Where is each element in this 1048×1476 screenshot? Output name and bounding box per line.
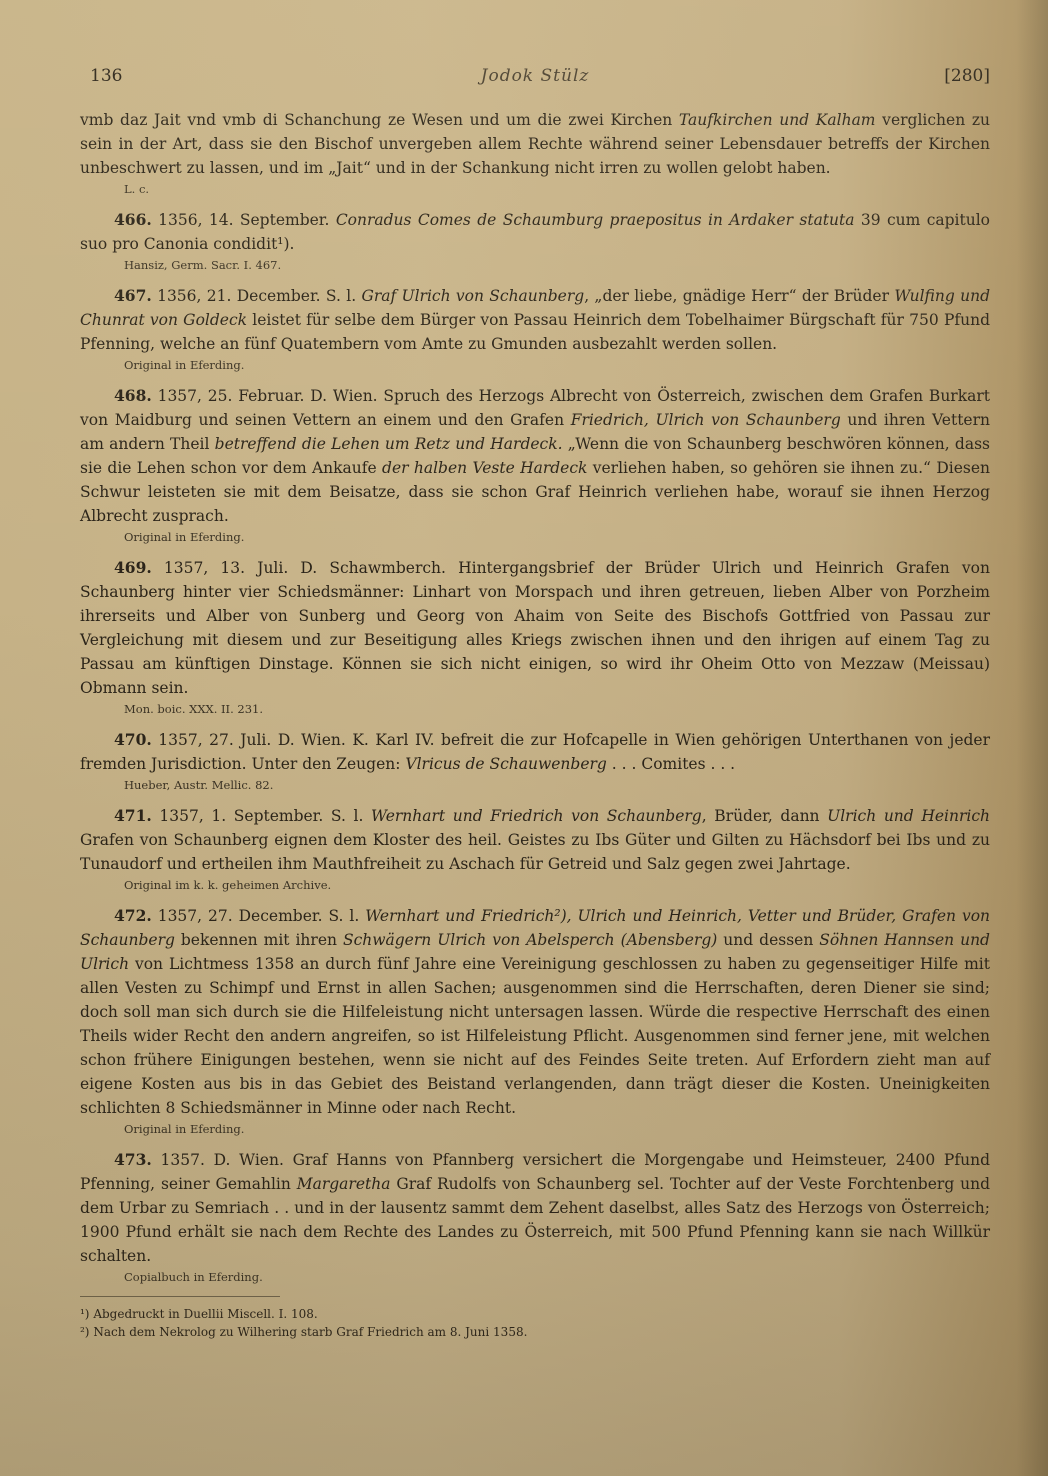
text-run: 1357, 13. Juli. D. Schawmberch. Hinterga… xyxy=(80,559,990,697)
italic-run: Margaretha xyxy=(297,1175,391,1193)
original-page-number: [280] xyxy=(944,66,990,86)
footnote: ²) Nach dem Nekrolog zu Wilhering starb … xyxy=(80,1323,990,1341)
italic-run: Ulrich und Heinrich xyxy=(827,807,990,825)
italic-run: Schwägern Ulrich von Abelsperch (Abensbe… xyxy=(343,931,717,949)
entry-paragraph: 466. 1356, 14. September. Conradus Comes… xyxy=(80,208,990,256)
running-title: Jodok Stülz xyxy=(80,66,990,86)
footnote: ¹) Abgedruckt in Duellii Miscell. I. 108… xyxy=(80,1305,990,1323)
text-run: Grafen von Schaunberg eignen dem Kloster… xyxy=(80,831,990,873)
entry-paragraph: 470. 1357, 27. Juli. D. Wien. K. Karl IV… xyxy=(80,728,990,776)
source-citation: L. c. xyxy=(124,180,990,198)
entry-number: 472. xyxy=(114,906,152,925)
source-citation: Original im k. k. geheimen Archive. xyxy=(124,876,990,894)
regesta-entries: 466. 1356, 14. September. Conradus Comes… xyxy=(80,208,990,1286)
text-run: vmb daz Jait vnd vmb di Schanchung ze We… xyxy=(80,111,679,129)
entry-number: 471. xyxy=(114,806,152,825)
entry-paragraph: 468. 1357, 25. Februar. D. Wien. Spruch … xyxy=(80,384,990,528)
entry-paragraph: 471. 1357, 1. September. S. l. Wernhart … xyxy=(80,804,990,876)
footnote-mark: ¹) xyxy=(80,1307,93,1321)
source-citation: Mon. boic. XXX. II. 231. xyxy=(124,700,990,718)
italic-run: betreffend die Lehen um Retz und Hardeck… xyxy=(215,435,563,453)
text-run: 1357, 27. December. S. l. xyxy=(152,907,365,925)
italic-run: Taufkirchen und Kalham xyxy=(679,111,876,129)
source-citation: Hansiz, Germ. Sacr. I. 467. xyxy=(124,256,990,274)
entry-number: 470. xyxy=(114,730,152,749)
entry-paragraph: 469. 1357, 13. Juli. D. Schawmberch. Hin… xyxy=(80,556,990,700)
entry-number: 469. xyxy=(114,558,152,577)
text-run: 1357, 1. September. S. l. xyxy=(152,807,371,825)
text-run: und dessen xyxy=(717,931,819,949)
continuation-paragraph: vmb daz Jait vnd vmb di Schanchung ze We… xyxy=(80,108,990,180)
book-page: 136 Jodok Stülz [280] vmb daz Jait vnd v… xyxy=(80,66,990,1341)
italic-run: Conradus Comes de Schaumburg praepositus… xyxy=(336,211,855,229)
source-citation: Copialbuch in Eferding. xyxy=(124,1268,990,1286)
text-run: bekennen mit ihren xyxy=(175,931,343,949)
italic-run: Friedrich, Ulrich von Schaunberg xyxy=(571,411,841,429)
entry-paragraph: 472. 1357, 27. December. S. l. Wernhart … xyxy=(80,904,990,1120)
text-run: 1356, 21. December. S. l. xyxy=(152,287,362,305)
text-run: . . . Comites . . . xyxy=(607,755,735,773)
source-citation: Original in Eferding. xyxy=(124,1120,990,1138)
running-header: 136 Jodok Stülz [280] xyxy=(80,66,990,92)
source-citation: Original in Eferding. xyxy=(124,528,990,546)
italic-run: Graf Ulrich von Schaunberg xyxy=(361,287,584,305)
footnote-text: Nach dem Nekrolog zu Wilhering starb Gra… xyxy=(93,1325,527,1339)
entry-paragraph: 467. 1356, 21. December. S. l. Graf Ulri… xyxy=(80,284,990,356)
text-run: von Lichtmess 1358 an durch fünf Jahre e… xyxy=(80,955,990,1117)
text-run: 1356, 14. September. xyxy=(152,211,336,229)
source-citation: Original in Eferding. xyxy=(124,356,990,374)
entry-number: 473. xyxy=(114,1150,152,1169)
entry-paragraph: 473. 1357. D. Wien. Graf Hanns von Pfann… xyxy=(80,1148,990,1268)
entry-number: 468. xyxy=(114,386,152,405)
entry-number: 466. xyxy=(114,210,152,229)
footnotes: ¹) Abgedruckt in Duellii Miscell. I. 108… xyxy=(80,1305,990,1341)
text-run: , Brüder, dann xyxy=(702,807,827,825)
italic-run: Wernhart und Friedrich von Schaunberg xyxy=(371,807,702,825)
footnote-text: Abgedruckt in Duellii Miscell. I. 108. xyxy=(93,1307,317,1321)
text-run: , „der liebe, gnädige Herr“ der Brüder xyxy=(584,287,894,305)
footnote-mark: ²) xyxy=(80,1325,93,1339)
italic-run: Vlricus de Schauwenberg xyxy=(405,755,606,773)
italic-run: der halben Veste Hardeck xyxy=(382,459,587,477)
footnote-divider xyxy=(80,1296,280,1297)
source-citation: Hueber, Austr. Mellic. 82. xyxy=(124,776,990,794)
entry-number: 467. xyxy=(114,286,152,305)
